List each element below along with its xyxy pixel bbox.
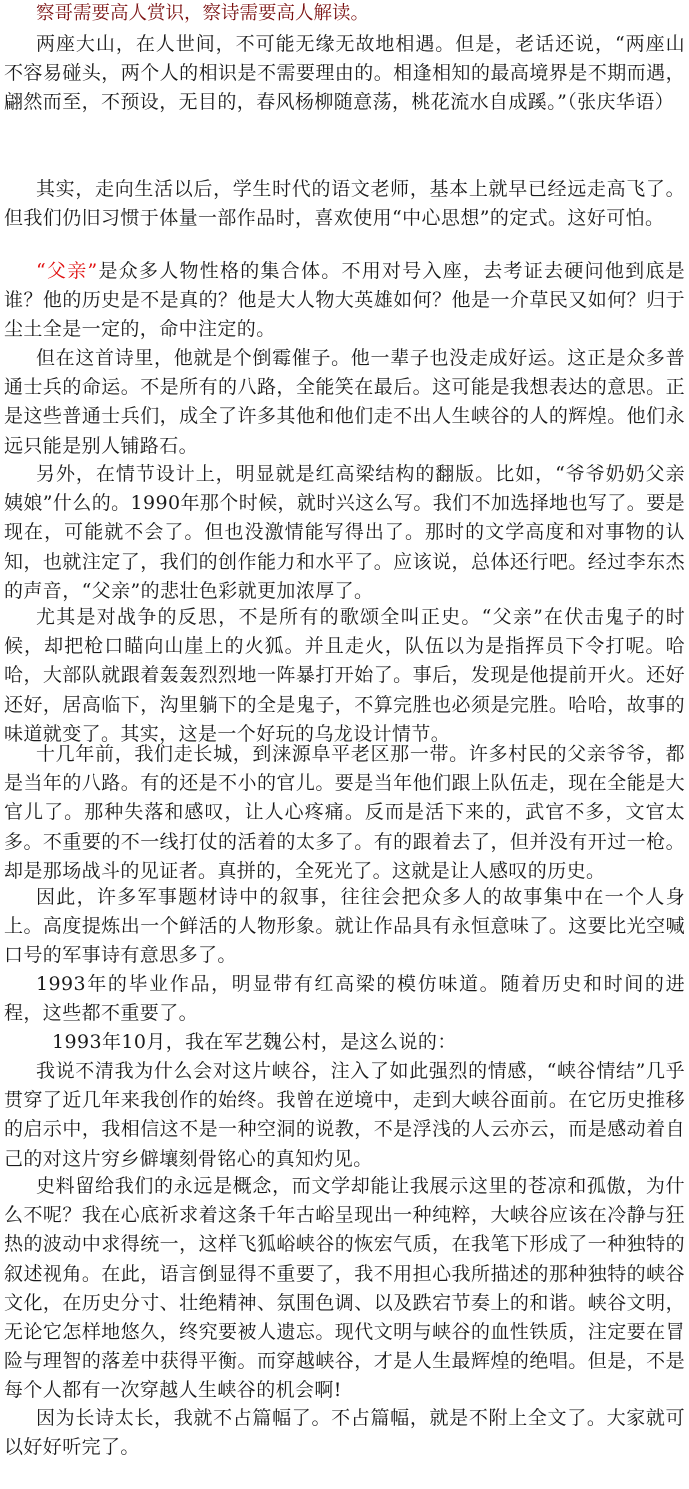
paragraph-8: 因此，许多军事题材诗中的叙事，往往会把众多人的故事集中在一个人身上。高度提炼出一… [4,883,685,971]
paragraph-4: 但在这首诗里，他就是个倒霉催子。他一辈子也没走成好运。这正是众多普通士兵的命运。… [4,344,685,461]
paragraph-9: 1993年的毕业作品，明显带有红高梁的模仿味道。随着历史和时间的进程，这些都不重… [4,970,685,1028]
paragraph-3-text: 是众多人物性格的集合体。不用对号入座，去考证去硬问他到底是谁？他的历史是不是真的… [4,260,685,340]
highlight-father: “父亲” [36,260,98,282]
paragraph-11: 我说不清我为什么会对这片峡谷，注入了如此强烈的情感，“峡谷情结”几乎贯穿了近几年… [4,1057,685,1174]
paragraph-7: 十几年前，我们走长城，到涞源阜平老区那一带。许多村民的父亲爷爷，都是当年的八路。… [4,740,685,886]
paragraph-10: 1993年10月，我在军艺魏公村，是这么说的： [4,1028,685,1057]
paragraph-5: 另外，在情节设计上，明显就是红高梁结构的翻版。比如，“爷爷奶奶父亲姨娘”什么的。… [4,460,685,606]
paragraph-6: 尤其是对战争的反思，不是所有的歌颂全叫正史。“父亲”在伏击鬼子的时候，却把枪口瞄… [4,603,685,749]
paragraph-2: 其实，走向生活以后，学生时代的语文老师，基本上就早已经远走高飞了。但我们仍旧习惯… [4,175,685,233]
paragraph-1: 两座大山，在人世间，不可能无缘无故地相遇。但是，老话还说，“两座山不容易碰头，两… [4,30,685,118]
paragraph-12: 史料留给我们的永远是概念，而文学却能让我展示这里的苍凉和孤傲，为什么不呢？我在心… [4,1172,685,1406]
paragraph-3: “父亲”是众多人物性格的集合体。不用对号入座，去考证去硬问他到底是谁？他的历史是… [4,257,685,345]
article-heading: 察哥需要高人赏识，察诗需要高人解读。 [36,2,369,26]
paragraph-13: 因为长诗太长，我就不占篇幅了。不占篇幅，就是不附上全文了。大家就可以好好听完了。 [4,1404,685,1462]
